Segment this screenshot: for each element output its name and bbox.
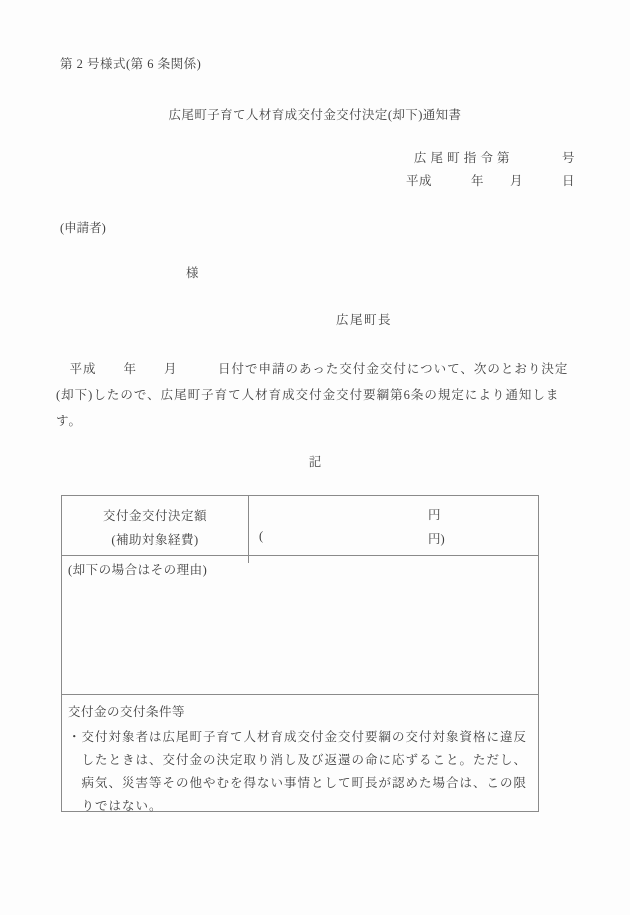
record-heading: 記	[0, 452, 630, 470]
amount-unit-label: 円	[428, 505, 441, 523]
form-number: 第 2 号様式(第 6 条関係)	[60, 54, 201, 72]
issue-number-line: 広 尾 町 指 令 第 号	[406, 147, 575, 170]
sender-mayor: 広尾町長	[336, 310, 392, 328]
conditions-text: ・交付対象者は広尾町子育て人材育成交付金交付要綱の交付対象資格に違反 したときは…	[68, 726, 538, 818]
document-title: 広尾町子育て人材育成交付金交付決定(却下)通知書	[0, 105, 630, 123]
amount-paren-close: 円)	[428, 529, 445, 547]
amount-label-cell: 交付金交付決定額(補助対象経費)	[62, 496, 249, 563]
amount-label-line1: 交付金交付決定額	[62, 504, 248, 528]
amount-row: 交付金交付決定額(補助対象経費) 円 ( 円)	[62, 496, 538, 556]
issue-date-line: 平成 年 月 日	[406, 170, 575, 193]
conditions-heading: 交付金の交付条件等	[68, 701, 538, 723]
conditions-cell: 交付金の交付条件等 ・交付対象者は広尾町子育て人材育成交付金交付要綱の交付対象資…	[62, 696, 538, 811]
body-paragraph: 平成 年 月 日付で申請のあった交付金交付について、次のとおり決定 (却下)した…	[56, 356, 568, 434]
document-page: 第 2 号様式(第 6 条関係) 広尾町子育て人材育成交付金交付決定(却下)通知…	[0, 0, 630, 915]
honorific-sama: 様	[186, 263, 199, 281]
rejection-reason-label: (却下の場合はその理由)	[68, 563, 207, 577]
amount-paren-open: (	[259, 529, 263, 544]
applicant-label: (申請者)	[60, 218, 106, 236]
issue-info-block: 広 尾 町 指 令 第 号平成 年 月 日	[406, 147, 575, 193]
amount-value-cell: 円 ( 円)	[249, 496, 538, 555]
grant-decision-table: 交付金交付決定額(補助対象経費) 円 ( 円) (却下の場合はその理由) 交付金…	[61, 495, 539, 812]
rejection-reason-cell: (却下の場合はその理由)	[62, 556, 538, 695]
amount-label-line2: (補助対象経費)	[62, 528, 248, 552]
